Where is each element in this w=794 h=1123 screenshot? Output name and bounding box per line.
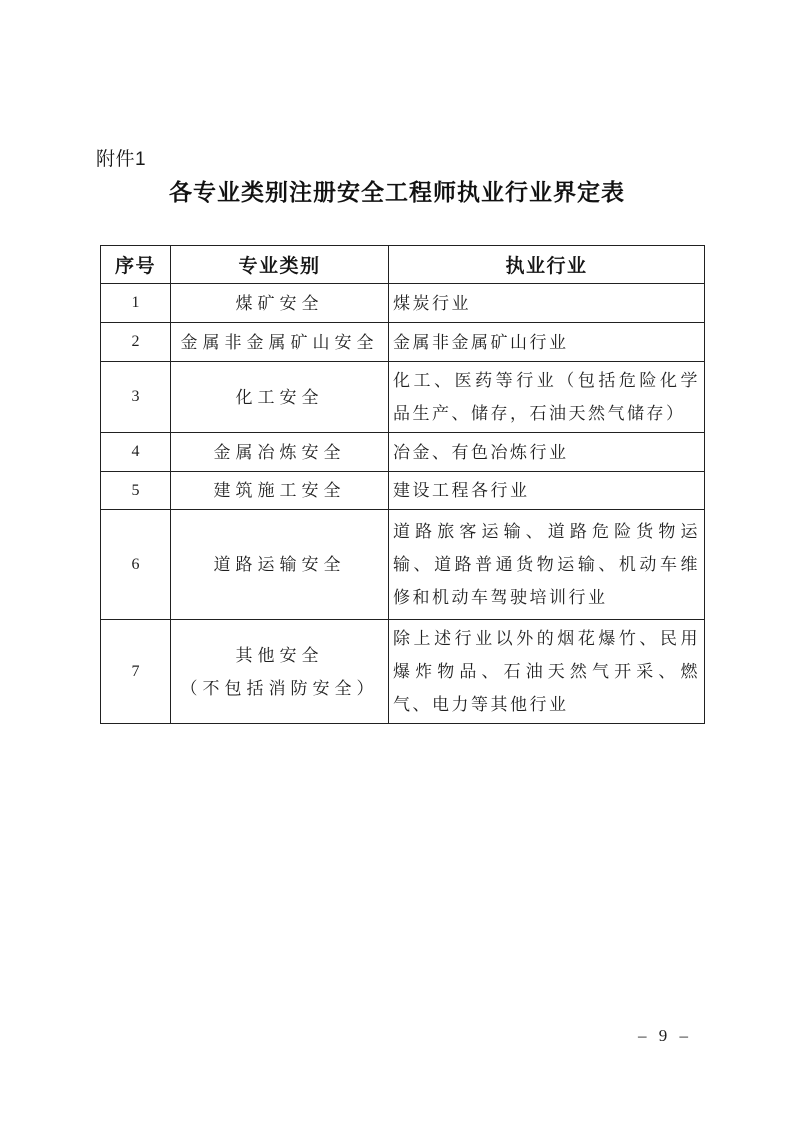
row-no-cell: 6	[101, 510, 171, 620]
page-title: 各专业类别注册安全工程师执业行业界定表	[0, 174, 794, 207]
row-no-cell: 4	[101, 433, 171, 472]
row-category-cell: 化工安全	[171, 362, 389, 433]
row-category-cell: 其他安全 （不包括消防安全）	[171, 620, 389, 724]
row-industry-cell: 煤炭行业	[389, 284, 705, 323]
row-industry-cell: 道路旅客运输、道路危险货物运输、道路普通货物运输、机动车维修和机动车驾驶培训行业	[389, 510, 705, 620]
document-page: 附件1 各专业类别注册安全工程师执业行业界定表 序号 专业类别 执业行业 1 煤…	[0, 0, 794, 1123]
page-number: – 9 –	[638, 1026, 692, 1046]
attachment-label: 附件1	[96, 144, 146, 171]
table-row: 2 金属非金属矿山安全 金属非金属矿山行业	[101, 323, 705, 362]
row-industry-cell: 建设工程各行业	[389, 472, 705, 510]
header-cell-industry: 执业行业	[389, 246, 705, 284]
table-row: 4 金属冶炼安全 冶金、有色冶炼行业	[101, 433, 705, 472]
row-no-cell: 2	[101, 323, 171, 362]
row-industry-cell: 金属非金属矿山行业	[389, 323, 705, 362]
table-row: 3 化工安全 化工、医药等行业（包括危险化学品生产、储存，石油天然气储存）	[101, 362, 705, 433]
table-header-row: 序号 专业类别 执业行业	[101, 246, 705, 284]
row-category-cell: 金属非金属矿山安全	[171, 323, 389, 362]
row-industry-cell: 冶金、有色冶炼行业	[389, 433, 705, 472]
row-category-cell: 煤矿安全	[171, 284, 389, 323]
row-no-cell: 1	[101, 284, 171, 323]
row-industry-cell: 除上述行业以外的烟花爆竹、民用爆炸物品、石油天然气开采、燃气、电力等其他行业	[389, 620, 705, 724]
table-row: 5 建筑施工安全 建设工程各行业	[101, 472, 705, 510]
table-row: 1 煤矿安全 煤炭行业	[101, 284, 705, 323]
industry-definition-table: 序号 专业类别 执业行业 1 煤矿安全 煤炭行业 2 金属非金属矿山安全 金属非…	[100, 245, 705, 724]
row-no-cell: 3	[101, 362, 171, 433]
row-category-cell: 道路运输安全	[171, 510, 389, 620]
row-no-cell: 5	[101, 472, 171, 510]
row-category-cell: 金属冶炼安全	[171, 433, 389, 472]
row-category-cell: 建筑施工安全	[171, 472, 389, 510]
row-no-cell: 7	[101, 620, 171, 724]
row-industry-cell: 化工、医药等行业（包括危险化学品生产、储存，石油天然气储存）	[389, 362, 705, 433]
header-cell-no: 序号	[101, 246, 171, 284]
table-row: 6 道路运输安全 道路旅客运输、道路危险货物运输、道路普通货物运输、机动车维修和…	[101, 510, 705, 620]
table-row: 7 其他安全 （不包括消防安全） 除上述行业以外的烟花爆竹、民用爆炸物品、石油天…	[101, 620, 705, 724]
header-cell-category: 专业类别	[171, 246, 389, 284]
